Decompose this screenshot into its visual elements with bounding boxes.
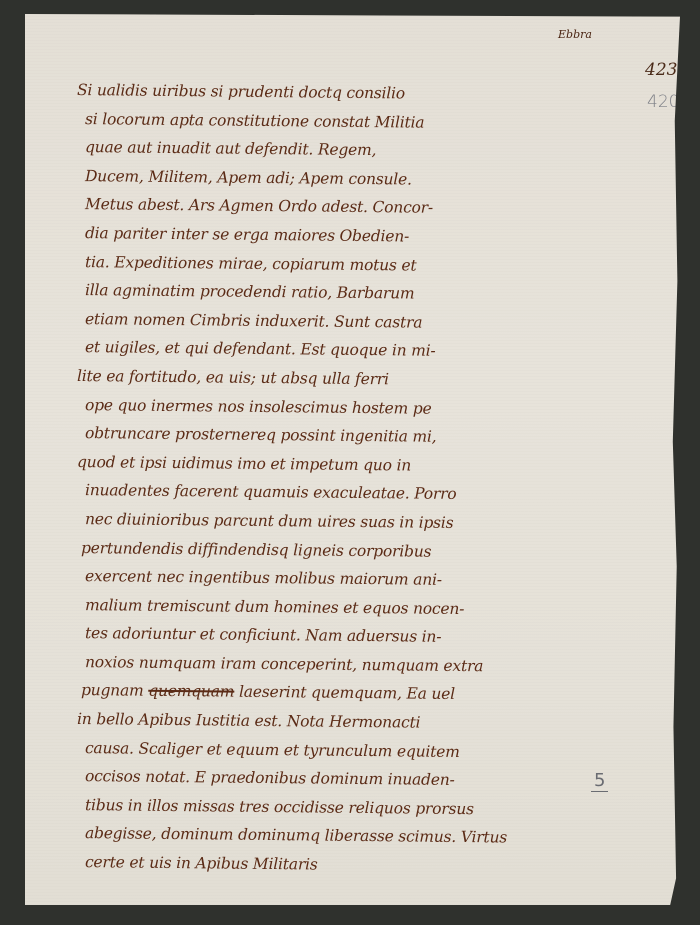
text-line: et uigiles, et qui defendant. Est quoque… xyxy=(77,333,497,366)
text-line: nec diuinioribus parcunt dum uires suas … xyxy=(77,505,497,538)
text-line: in bello Apibus Iustitia est. Nota Hermo… xyxy=(77,705,497,738)
text-line: pugnam quemquam laeserint quemquam, Ea u… xyxy=(77,676,497,709)
folio-mark: 1 xyxy=(677,28,688,49)
text-line: tes adoriuntur et conficiunt. Nam aduers… xyxy=(77,619,497,652)
folio-number-ink: 423 xyxy=(645,60,677,80)
text-line: Metus abest. Ars Agmen Ordo adest. Conco… xyxy=(77,190,497,223)
text-line: obtruncare prosternereq possint ingeniti… xyxy=(77,419,497,452)
bottom-page-mark: 5 xyxy=(658,903,665,916)
text-line: certe et uis in Apibus Militaris xyxy=(77,848,497,881)
text-line: dia pariter inter se erga maiores Obedie… xyxy=(77,219,497,252)
text-line: tia. Expeditiones mirae, copiarum motus … xyxy=(77,248,497,281)
text-line: inuadentes facerent quamuis exaculeatae.… xyxy=(77,476,497,509)
text-line: quae aut inuadit aut defendit. Regem, xyxy=(77,133,497,166)
manuscript-page: Ebbra 1 423 420 Si ualidis uiribus si pr… xyxy=(25,14,680,905)
text-line: si locorum apta constitutione constat Mi… xyxy=(77,105,497,138)
text-line: Si ualidis uiribus si prudenti doctq con… xyxy=(77,76,497,109)
struck-word: quemquam xyxy=(148,682,234,701)
text-line: lite ea fortitudo, ea uis; ut absq ulla … xyxy=(77,362,497,395)
folio-number-pencil: 420 xyxy=(647,92,679,112)
text-line: pertundendis diffindendisq ligneis corpo… xyxy=(77,534,497,567)
text-line: illa agminatim procedendi ratio, Barbaru… xyxy=(77,276,497,309)
pencil-page-mark: 5 xyxy=(591,771,608,792)
manuscript-text: Si ualidis uiribus si prudenti doctq con… xyxy=(77,76,497,877)
text-line: abegisse, dominum dominumq liberasse sci… xyxy=(77,819,497,852)
marginal-note-top: Ebbra xyxy=(558,28,592,41)
text-line: occisos notat. E praedonibus dominum inu… xyxy=(77,762,497,795)
text-line: exercent nec ingentibus molibus maiorum … xyxy=(77,562,497,595)
text-line: ope quo inermes nos insolescimus hostem … xyxy=(77,391,497,424)
